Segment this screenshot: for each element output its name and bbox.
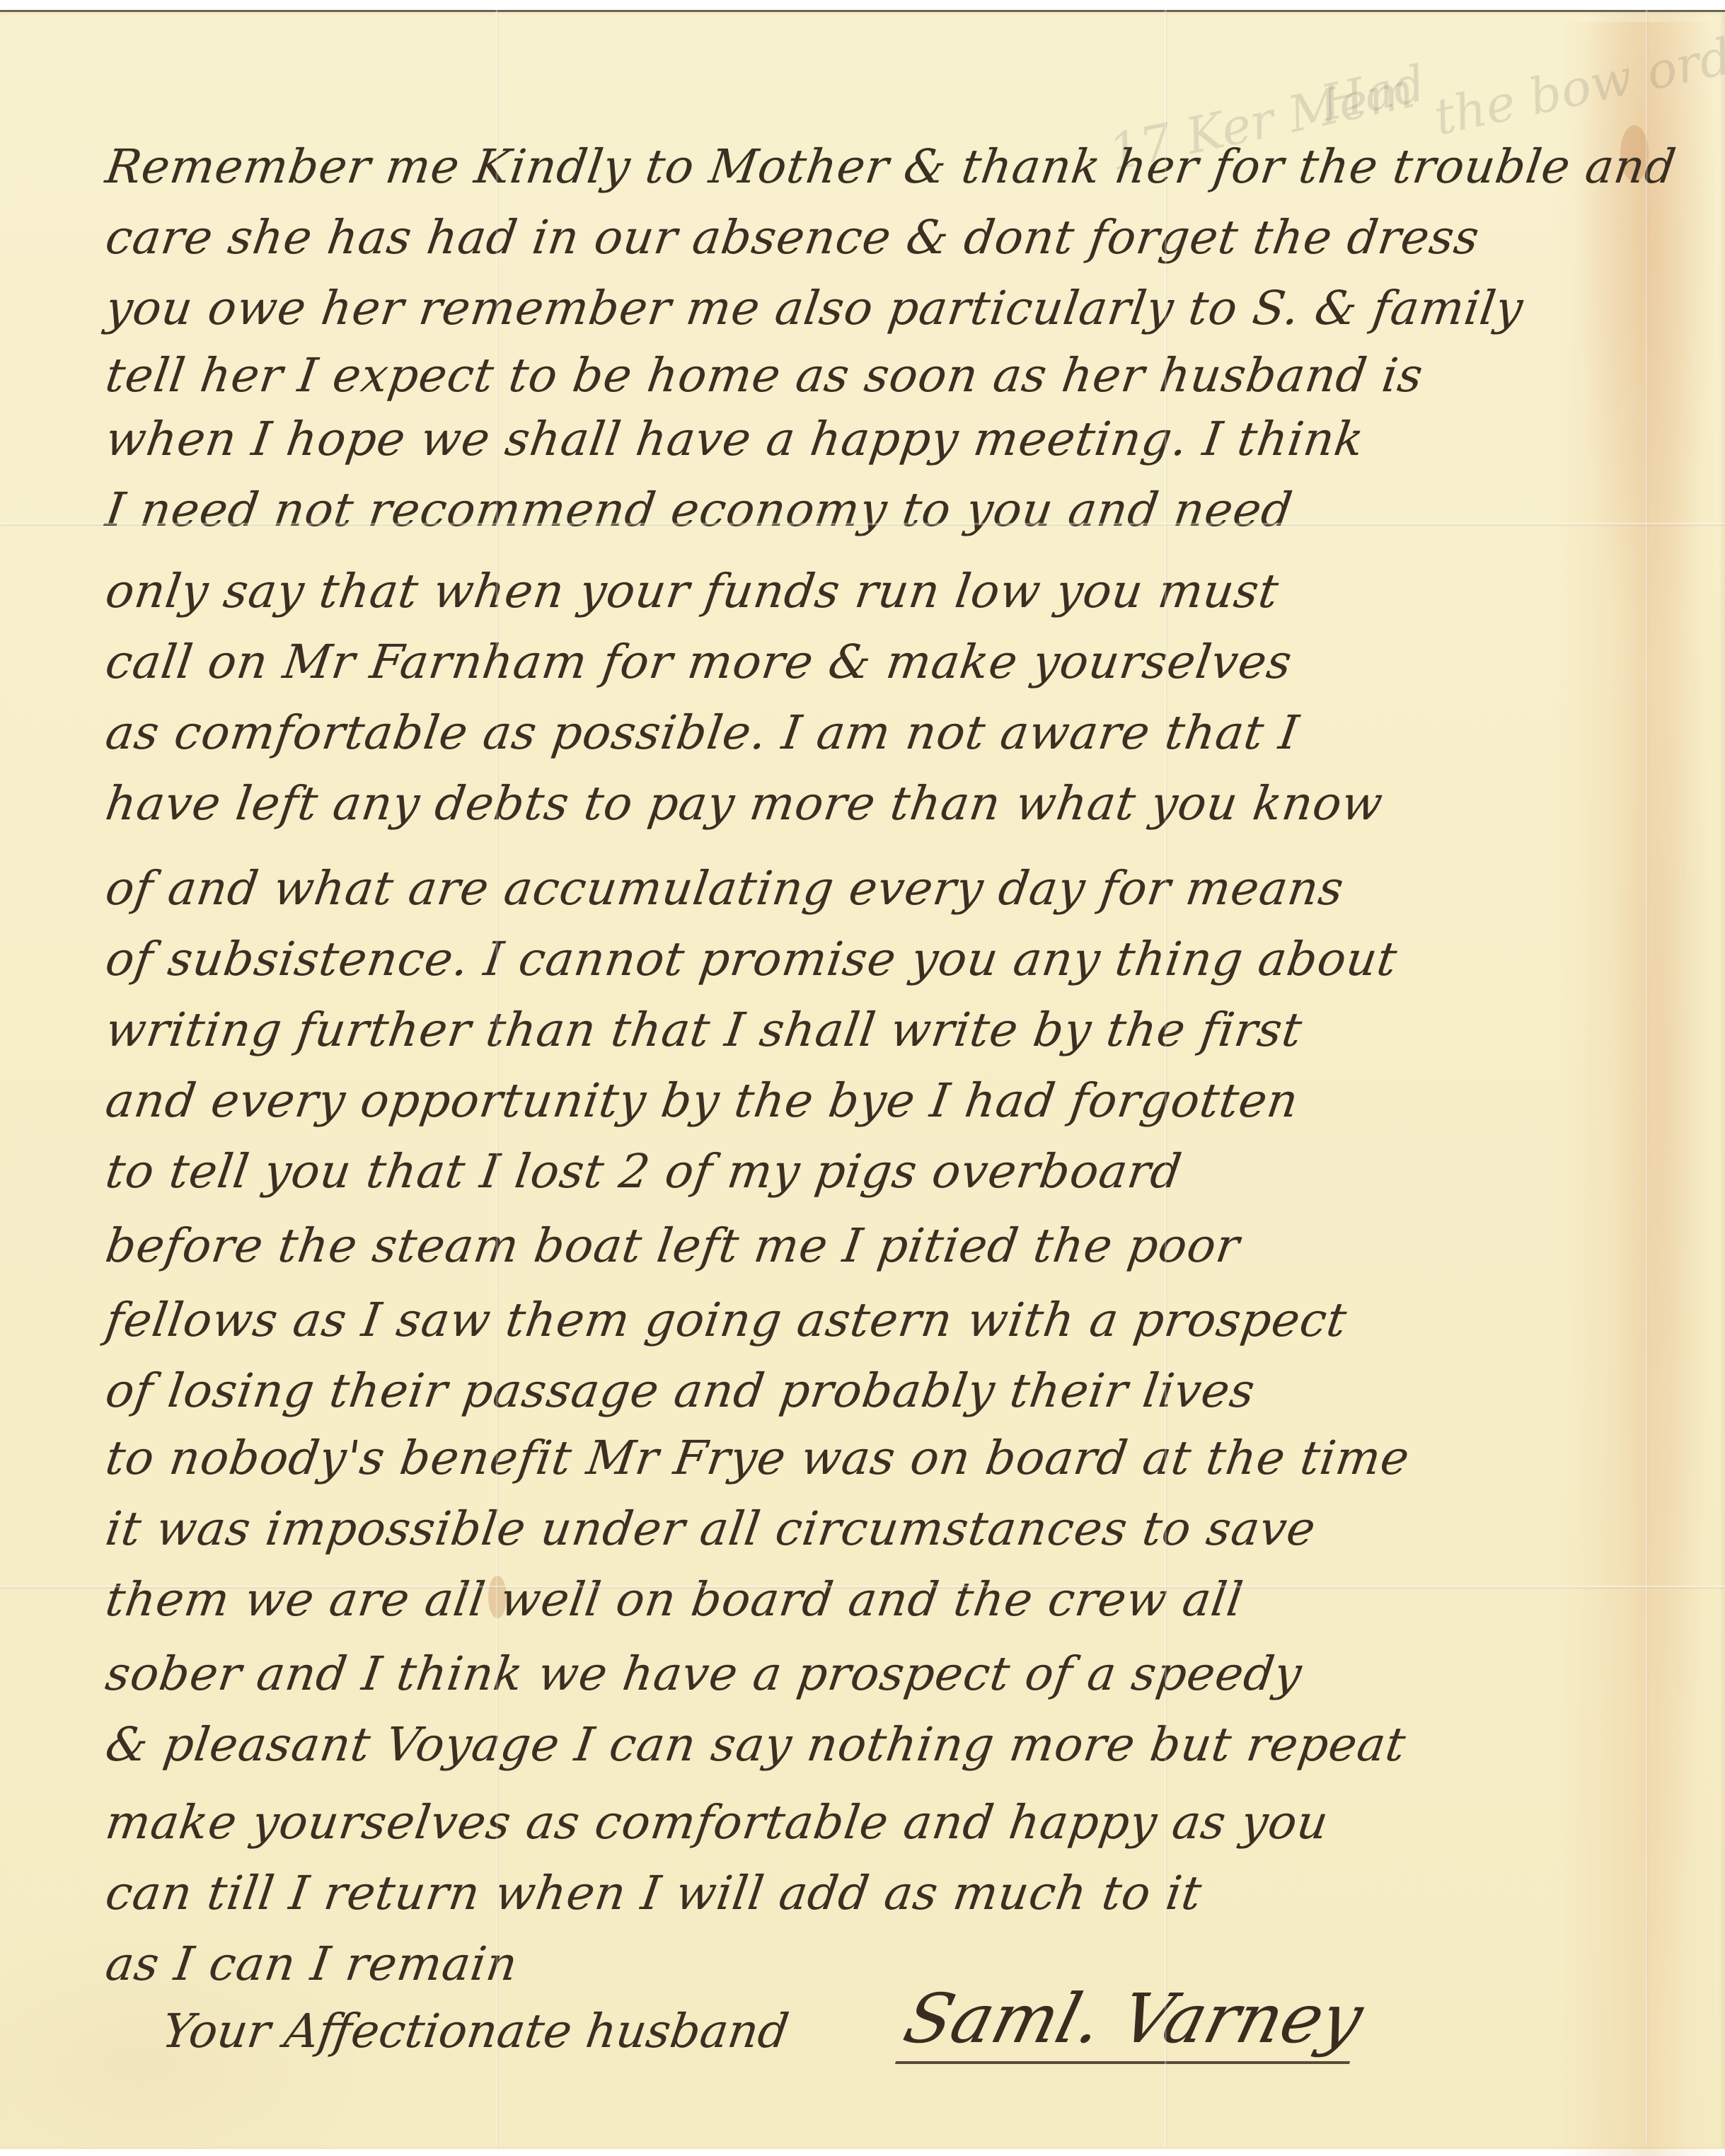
letter-line: and every opportunity by the bye I had f… xyxy=(103,1073,1303,1128)
letter-line: I need not recommend economy to you and … xyxy=(103,483,1296,537)
letter-line: call on Mr Farnham for more & make yours… xyxy=(103,635,1296,689)
letter-line: when I hope we shall have a happy meetin… xyxy=(103,412,1368,466)
letter-line: tell her I expect to be home as soon as … xyxy=(103,348,1427,403)
letter-line: as I can I remain xyxy=(103,1937,521,1991)
bleed-through-text: Had xyxy=(1316,54,1430,132)
letter-line: make yourselves as comfortable and happy… xyxy=(103,1795,1332,1850)
letter-line: fellows as I saw them going astern with … xyxy=(103,1293,1351,1347)
letter-line: have left any debts to pay more than wha… xyxy=(103,776,1387,831)
letter-line: care she has had in our absence & dont f… xyxy=(103,210,1483,265)
fold-crease-vertical xyxy=(1645,10,1649,2147)
letter-line: to nobody's benefit Mr Frye was on board… xyxy=(103,1431,1414,1485)
fold-crease-horizontal xyxy=(0,1585,1725,1589)
letter-line: sober and I think we have a prospect of … xyxy=(103,1647,1305,1701)
fold-crease-horizontal xyxy=(0,522,1725,526)
letter-line: only say that when your funds run low yo… xyxy=(103,564,1283,618)
letter-line: to tell you that I lost 2 of my pigs ove… xyxy=(103,1144,1186,1199)
letter-line: can till I return when I will add as muc… xyxy=(103,1866,1206,1920)
letter-line: them we are all well on board and the cr… xyxy=(103,1572,1247,1627)
letter-line: of subsistence. I cannot promise you any… xyxy=(103,932,1401,986)
stained-margin xyxy=(1557,22,1725,2156)
signature: Saml. Varney xyxy=(895,1979,1371,2064)
fold-crease-vertical xyxy=(1164,10,1167,2147)
letter-line: as comfortable as possible. I am not awa… xyxy=(103,705,1303,760)
letter-page: 17 Ker Mem Had the bow order Remember me… xyxy=(0,10,1725,2149)
letter-line: of losing their passage and probably the… xyxy=(103,1364,1259,1418)
fold-crease-vertical xyxy=(495,10,499,2147)
letter-line: writing further than that I shall write … xyxy=(103,1003,1306,1057)
letter-line: of and what are accumulating every day f… xyxy=(103,861,1348,916)
letter-line: before the steam boat left me I pitied t… xyxy=(103,1218,1244,1273)
letter-line: & pleasant Voyage I can say nothing more… xyxy=(103,1717,1409,1772)
letter-line: Remember me Kindly to Mother & thank her… xyxy=(103,139,1680,194)
letter-closing: Your Affectionate husband xyxy=(159,2004,792,2058)
letter-line: you owe her remember me also particularl… xyxy=(103,281,1527,335)
letter-line: it was impossible under all circumstance… xyxy=(103,1501,1320,1556)
